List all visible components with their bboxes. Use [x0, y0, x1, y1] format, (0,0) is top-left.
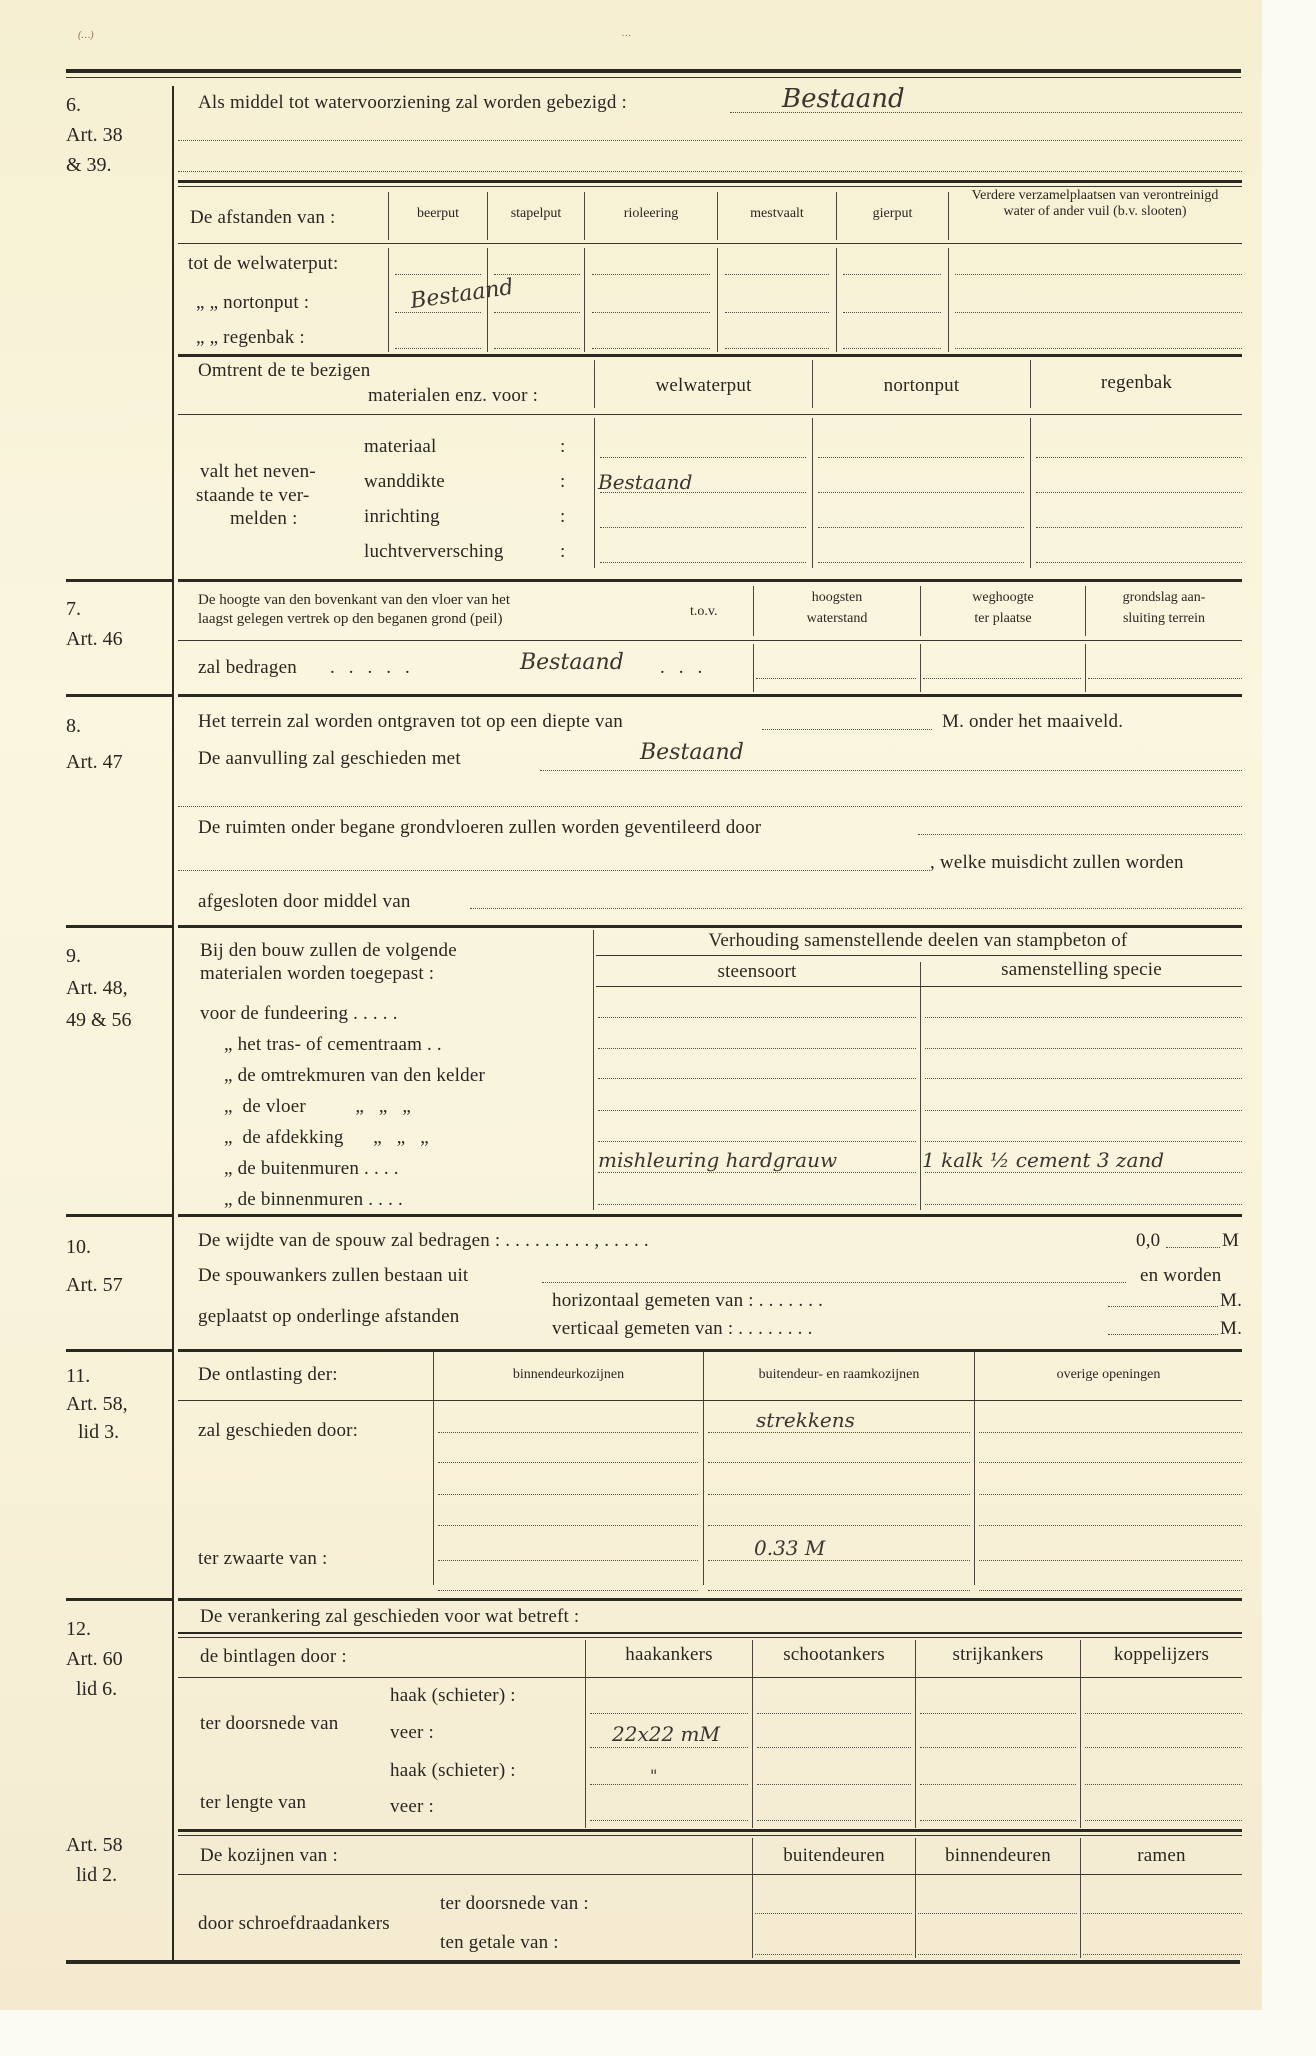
amount-value: Bestaand: [520, 650, 624, 675]
field-steensoort-5[interactable]: [598, 1141, 916, 1142]
water-supply-value: Bestaand: [782, 84, 905, 114]
section-10-margin: 10. Art. 57: [66, 1228, 123, 1304]
field-stapelput-regenbak[interactable]: [494, 348, 580, 349]
field-gierput-nortonput[interactable]: [843, 312, 941, 313]
header-rule: [178, 1677, 1242, 1678]
water-supply-field-3[interactable]: [178, 171, 1242, 172]
field-mestvaalt-welwaterput[interactable]: [725, 274, 829, 275]
material-row-buitenmuren: „ de buitenmuren . . . .: [224, 1158, 399, 1180]
discharge-by-value: strekkens: [756, 1408, 855, 1432]
field-veer-doorsnede-koppelijzers[interactable]: [1085, 1747, 1242, 1748]
col-divider: [948, 248, 949, 352]
col-weghoogte-1: weghoogte: [921, 590, 1085, 606]
field-haak-doorsnede-strijkankers[interactable]: [920, 1713, 1076, 1714]
header-rule: [178, 1400, 1242, 1401]
field-discharge-overige-3[interactable]: [979, 1494, 1242, 1495]
section-rule: [178, 1598, 1242, 1601]
colon: :: [560, 506, 565, 528]
field-mestvaalt-nortonput[interactable]: [725, 312, 829, 313]
row-luchtverversching: luchtverversching: [364, 541, 504, 563]
col-welwaterput: welwaterput: [595, 375, 812, 397]
col-strijkankers: strijkankers: [916, 1644, 1080, 1666]
col-divider: [1030, 418, 1031, 568]
material-row-vloer: „ de vloer „ „ „: [224, 1096, 411, 1118]
haak-label-lengte: haak (schieter) :: [390, 1760, 516, 1782]
top-rule: [66, 69, 1241, 73]
field-grondslag[interactable]: [1088, 678, 1242, 679]
col-divider: [920, 644, 921, 692]
excavation-unit: M. onder het maaiveld.: [942, 711, 1123, 733]
col-ramen: ramen: [1081, 1845, 1242, 1867]
ventilation-field-2[interactable]: [178, 870, 930, 871]
field-hoogsten-waterstand[interactable]: [756, 678, 916, 679]
buitenmuren-steensoort-value: mishleuring hardgrauw: [598, 1148, 837, 1172]
leader-dots: ...: [660, 657, 716, 679]
field-beerput-regenbak[interactable]: [395, 348, 481, 349]
section-12-margin: 12. Art. 60 lid 6.: [66, 1614, 123, 1704]
field-steensoort-3[interactable]: [598, 1078, 916, 1079]
lengte-label: ter lengte van: [200, 1792, 306, 1814]
col-divider: [948, 192, 949, 240]
margin-rule: [66, 1214, 172, 1217]
materials-header-2: materialen enz. voor :: [368, 385, 538, 407]
field-steensoort-2[interactable]: [598, 1048, 916, 1049]
col-divider: [585, 1640, 586, 1828]
haak-label-doorsnede: haak (schieter) :: [390, 1685, 516, 1707]
col-divider: [753, 644, 754, 692]
field-stapelput-nortonput[interactable]: [494, 312, 580, 313]
section-number: 8.: [66, 708, 123, 744]
colon: :: [560, 541, 565, 563]
excavation-label: Het terrein zal worden ontgraven tot op …: [198, 711, 623, 733]
field-doorsnede-buitendeuren[interactable]: [755, 1913, 912, 1914]
materials-side-label-3: melden :: [230, 508, 298, 530]
margin-rule: [66, 1349, 172, 1352]
article-ref: Art. 58,: [66, 1390, 128, 1418]
col-steensoort: steensoort: [594, 961, 920, 983]
col-divider: [974, 1352, 975, 1585]
field-discharge-overige-1[interactable]: [979, 1432, 1242, 1433]
cavity-anchors-suffix: en worden: [1140, 1265, 1221, 1287]
field-materiaal-nortonput[interactable]: [818, 457, 1024, 458]
article-ref: Art. 47: [66, 744, 123, 780]
materials-intro-1: Bij den bouw zullen de volgende: [200, 940, 457, 962]
field-doorsnede-ramen[interactable]: [1083, 1913, 1242, 1914]
kozijnen-label: De kozijnen van :: [200, 1845, 338, 1867]
discharge-by-label: zal geschieden door:: [198, 1420, 358, 1442]
field-lucht-welwaterput[interactable]: [600, 562, 806, 563]
material-row-cementraam: „ het tras- of cementraam . .: [224, 1034, 442, 1056]
materials-side-label-1: valt het neven-: [200, 461, 316, 483]
amount-label: zal bedragen: [198, 657, 297, 679]
vertical-unit: M.: [1220, 1318, 1242, 1340]
field-veer-lengte-schootankers[interactable]: [757, 1820, 911, 1821]
field-weight-binnendeur[interactable]: [438, 1560, 698, 1561]
field-inrichting-welwaterput[interactable]: [600, 527, 806, 528]
material-row-fundeering: voor de fundeering . . . . .: [200, 1003, 398, 1025]
field-beerput-nortonput[interactable]: [395, 312, 481, 313]
field-discharge-buitendeur-2[interactable]: [708, 1462, 970, 1463]
fill-label: De aanvulling zal geschieden met: [198, 748, 461, 770]
col-grondslag-1: grondslag aan-: [1086, 590, 1242, 606]
field-haak-lengte-schootankers[interactable]: [757, 1784, 911, 1785]
veer-doorsnede-value: 22x22 mM: [612, 1722, 720, 1746]
field-doorsnede-binnendeuren[interactable]: [918, 1913, 1077, 1914]
field-mestvaalt-regenbak[interactable]: [725, 348, 829, 349]
header-rule: [178, 243, 1242, 244]
horizontal-spacing-label: horizontaal gemeten van : . . . . . . .: [552, 1290, 823, 1312]
col-nortonput: nortonput: [813, 375, 1030, 397]
ventilation-label: De ruimten onder begane grondvloeren zul…: [198, 817, 761, 839]
col-overige-openingen: overige openingen: [975, 1367, 1242, 1383]
field-discharge-overige-4[interactable]: [979, 1525, 1242, 1526]
col-divider: [1080, 1640, 1081, 1828]
row-wanddikte: wanddikte: [364, 471, 445, 493]
section-number: 7.: [66, 594, 123, 624]
field-specie-5[interactable]: [925, 1141, 1242, 1142]
col-beerput: beerput: [389, 206, 487, 222]
field-specie-6[interactable]: [925, 1172, 1242, 1173]
header-rule: [596, 955, 1242, 956]
field-steensoort-4[interactable]: [598, 1110, 916, 1111]
section-rule: [178, 180, 1242, 183]
col-verdere-verzamelplaatsen: Verdere verzamelplaatsen van verontreini…: [960, 188, 1230, 220]
archive-stamp-left: (…): [78, 30, 94, 41]
margin-rule: [66, 694, 172, 697]
cavity-width-field[interactable]: [1166, 1247, 1220, 1248]
field-gierput-regenbak[interactable]: [843, 348, 941, 349]
col-binnendeuren: binnendeuren: [916, 1845, 1080, 1867]
section-rule-thin: [178, 186, 1242, 187]
field-veer-doorsnede-haakankers[interactable]: [590, 1747, 748, 1748]
col-divider: [433, 1352, 434, 1585]
col-schootankers: schootankers: [753, 1644, 915, 1666]
field-veer-doorsnede-schootankers[interactable]: [757, 1747, 911, 1748]
weight-value: 0.33 M: [754, 1536, 825, 1560]
vertical-spacing-field[interactable]: [1108, 1334, 1218, 1335]
buitenmuren-specie-value: 1 kalk ½ cement 3 zand: [922, 1148, 1164, 1172]
col-divider: [836, 248, 837, 352]
field-wanddikte-regenbak[interactable]: [1036, 492, 1242, 493]
field-verdere-nortonput[interactable]: [955, 312, 1242, 313]
material-row-omtrekmuren: „ de omtrekmuren van den kelder: [224, 1065, 485, 1087]
col-divider: [1085, 644, 1086, 692]
col-samenstelling-specie: samenstelling specie: [921, 959, 1242, 981]
header-rule: [178, 1874, 1242, 1875]
section-number: 6.: [66, 90, 123, 120]
veer-label-lengte: veer :: [390, 1796, 434, 1818]
field-lucht-nortonput[interactable]: [818, 562, 1024, 563]
fill-field-2[interactable]: [178, 806, 1242, 807]
field-getale-buitendeuren[interactable]: [755, 1954, 912, 1955]
col-haakankers: haakankers: [586, 1644, 752, 1666]
article-ref-2: 49 & 56: [66, 1004, 132, 1036]
section-number: 10.: [66, 1228, 123, 1266]
section-11-margin: 11. Art. 58, lid 3.: [66, 1362, 128, 1446]
field-lucht-regenbak[interactable]: [1036, 562, 1242, 563]
col-binnendeurkozijnen: binnendeurkozijnen: [434, 1367, 703, 1383]
getale-sub-label: ten getale van :: [440, 1932, 559, 1954]
discharge-label: De ontlasting der:: [198, 1364, 338, 1386]
field-discharge-binnendeur-3[interactable]: [438, 1494, 698, 1495]
section-rule-thin: [178, 1637, 1242, 1638]
material-row-binnenmuren: „ de binnenmuren . . . .: [224, 1189, 403, 1211]
col-hoogsten-1: hoogsten: [754, 590, 920, 606]
row-welwaterput: tot de welwaterput:: [188, 253, 338, 275]
field-steensoort-6[interactable]: [598, 1172, 916, 1173]
field-discharge-buitendeur-4[interactable]: [708, 1525, 970, 1526]
col-divider: [812, 418, 813, 568]
col-buitendeur-raamkozijnen: buitendeur- en raamkozijnen: [704, 1367, 974, 1383]
article-ref: Art. 57: [66, 1266, 123, 1304]
section-rule: [178, 925, 1242, 928]
field-inrichting-nortonput[interactable]: [818, 527, 1024, 528]
section-rule: [178, 1829, 1242, 1832]
anchoring-intro: De verankering zal geschieden voor wat b…: [200, 1606, 579, 1628]
field-discharge-binnendeur-1[interactable]: [438, 1432, 698, 1433]
field-steensoort-1[interactable]: [598, 1017, 916, 1018]
leader-dots: .....: [330, 657, 424, 679]
col-stapelput: stapelput: [488, 206, 584, 222]
margin-rule: [66, 925, 172, 928]
distances-label: De afstanden van :: [190, 207, 336, 229]
field-specie-3[interactable]: [925, 1078, 1242, 1079]
article-ref-2: lid 2.: [66, 1860, 123, 1890]
row-regenbak: „ „ regenbak :: [196, 327, 305, 349]
field-discharge-buitendeur-3[interactable]: [708, 1494, 970, 1495]
cavity-width-value: 0,0: [1136, 1230, 1160, 1252]
archive-stamp-center: …: [622, 28, 631, 39]
col-regenbak: regenbak: [1031, 372, 1242, 394]
section-9-margin: 9. Art. 48, 49 & 56: [66, 940, 132, 1036]
field-verdere-welwaterput[interactable]: [955, 274, 1242, 275]
field-haak-lengte-koppelijzers[interactable]: [1085, 1784, 1242, 1785]
cavity-anchors-field[interactable]: [542, 1282, 1126, 1283]
section-number: 12.: [66, 1614, 123, 1644]
col-koppelijzers: koppelijzers: [1081, 1644, 1242, 1666]
field-discharge-binnendeur-2[interactable]: [438, 1462, 698, 1463]
field-weight-buitendeur[interactable]: [708, 1560, 970, 1561]
field-discharge-binnendeur-4[interactable]: [438, 1525, 698, 1526]
margin-divider: [172, 86, 174, 1960]
water-supply-field-2[interactable]: [178, 140, 1242, 141]
section-6-margin: 6. Art. 38 & 39.: [66, 90, 123, 180]
col-divider: [388, 248, 389, 352]
section-rule-thin: [178, 1835, 1242, 1836]
materials-intro-2: materialen worden toegepast :: [200, 963, 434, 985]
colon: :: [560, 471, 565, 493]
article-ref-2: lid 3.: [66, 1418, 128, 1446]
section-rule: [178, 1349, 1242, 1352]
mouseproof-label: , welke muisdicht zullen worden: [930, 852, 1184, 874]
article-ref-2: lid 6.: [66, 1674, 123, 1704]
field-discharge-overige-2[interactable]: [979, 1462, 1242, 1463]
tov-label: t.o.v.: [690, 604, 717, 620]
excavation-depth-field[interactable]: [762, 729, 932, 730]
horizontal-unit: M.: [1220, 1290, 1242, 1312]
field-weight-buitendeur-2[interactable]: [708, 1590, 970, 1591]
col-divider: [915, 1640, 916, 1828]
section-8-margin: 8. Art. 47: [66, 708, 123, 780]
col-divider: [717, 248, 718, 352]
field-rioleering-nortonput[interactable]: [592, 312, 710, 313]
section-number: 9.: [66, 940, 132, 972]
field-rioleering-regenbak[interactable]: [592, 348, 710, 349]
field-haak-doorsnede-koppelijzers[interactable]: [1085, 1713, 1242, 1714]
field-weight-overige[interactable]: [979, 1560, 1242, 1561]
col-divider: [584, 248, 585, 352]
field-haak-doorsnede-schootankers[interactable]: [757, 1713, 911, 1714]
schroefdraadankers-label: door schroefdraadankers: [198, 1913, 390, 1935]
field-veer-lengte-koppelijzers[interactable]: [1085, 1820, 1242, 1821]
col-weghoogte-2: ter plaatse: [921, 611, 1085, 627]
field-discharge-buitendeur-1[interactable]: [708, 1432, 970, 1433]
spacing-label: geplaatst op onderlinge afstanden: [198, 1306, 459, 1328]
row-materiaal: materiaal: [364, 436, 436, 458]
bottom-rule: [66, 1960, 1240, 1964]
closure-field[interactable]: [470, 908, 1242, 909]
field-inrichting-regenbak[interactable]: [1036, 527, 1242, 528]
fill-value: Bestaand: [640, 740, 744, 765]
article-ref: Art. 46: [66, 624, 123, 654]
field-specie-7[interactable]: [925, 1204, 1242, 1205]
field-specie-2[interactable]: [925, 1048, 1242, 1049]
page-bottom-edge: [0, 2010, 1316, 2056]
vertical-spacing-label: verticaal gemeten van : . . . . . . . .: [552, 1318, 813, 1340]
col-gierput: gierput: [837, 206, 948, 222]
doorsnede-label: ter doorsnede van: [200, 1713, 338, 1735]
field-specie-4[interactable]: [925, 1110, 1242, 1111]
page-edge: [1262, 0, 1316, 2056]
col-divider: [920, 962, 921, 1210]
margin-rule: [66, 1598, 172, 1601]
field-materiaal-regenbak[interactable]: [1036, 457, 1242, 458]
section-number: 11.: [66, 1362, 128, 1390]
field-specie-1[interactable]: [925, 1017, 1242, 1018]
ventilation-field[interactable]: [918, 834, 1242, 835]
col-grondslag-2: sluiting terrein: [1086, 611, 1242, 627]
field-veer-lengte-strijkankers[interactable]: [920, 1820, 1076, 1821]
field-veer-doorsnede-strijkankers[interactable]: [920, 1747, 1076, 1748]
field-getale-ramen[interactable]: [1083, 1954, 1242, 1955]
cavity-anchors-label: De spouwankers zullen bestaan uit: [198, 1265, 468, 1287]
section-rule: [178, 354, 1242, 357]
section-rule: [178, 579, 1242, 582]
materials-side-label-2: staande te ver-: [196, 485, 309, 507]
field-getale-binnendeuren[interactable]: [918, 1954, 1077, 1955]
field-materiaal-welwaterput[interactable]: [600, 457, 806, 458]
field-weight-binnendeur-2[interactable]: [438, 1590, 698, 1591]
horizontal-spacing-field[interactable]: [1108, 1306, 1218, 1307]
article-ref-2: & 39.: [66, 150, 123, 180]
col-mestvaalt: mestvaalt: [718, 206, 836, 222]
section-rule: [178, 1632, 1242, 1634]
colon: :: [560, 436, 565, 458]
row-nortonput: „ „ nortonput :: [196, 292, 309, 314]
article-ref: Art. 48,: [66, 972, 132, 1004]
field-gierput-welwaterput[interactable]: [843, 274, 941, 275]
field-weight-overige-2[interactable]: [979, 1590, 1242, 1591]
field-beerput-welwaterput[interactable]: [395, 274, 481, 275]
doorsnede-sub-label: ter doorsnede van :: [440, 1893, 589, 1915]
col-buitendeuren: buitendeuren: [753, 1845, 915, 1867]
col-divider: [752, 1640, 753, 1828]
section-rule: [178, 1214, 1242, 1217]
weight-label: ter zwaarte van :: [198, 1548, 327, 1570]
header-rule: [596, 986, 1242, 987]
ratio-header: Verhouding samenstellende deelen van sta…: [594, 930, 1242, 952]
header-rule: [178, 414, 1242, 415]
col-hoogsten-2: waterstand: [754, 611, 920, 627]
field-haak-lengte-strijkankers[interactable]: [920, 1784, 1076, 1785]
article-ref: Art. 38: [66, 120, 123, 150]
col-rioleering: rioleering: [585, 206, 717, 222]
field-steensoort-7[interactable]: [598, 1204, 916, 1205]
material-row-afdekking: „ de afdekking „ „ „: [224, 1127, 429, 1149]
article-ref: Art. 58: [66, 1830, 123, 1860]
top-rule-thin: [66, 77, 1241, 78]
field-rioleering-welwaterput[interactable]: [592, 274, 710, 275]
veer-label-doorsnede: veer :: [390, 1722, 434, 1744]
header-rule: [178, 640, 1242, 641]
form-page: [0, 0, 1262, 2010]
height-question-1: De hoogte van den bovenkant van den vloe…: [198, 592, 510, 609]
cavity-width-label: De wijdte van de spouw zal bedragen : . …: [198, 1230, 649, 1252]
closure-label: afgesloten door middel van: [198, 891, 411, 913]
col-divider: [594, 418, 595, 568]
materials-header-1: Omtrent de te bezigen: [198, 360, 371, 382]
bintlagen-label: de bintlagen door :: [200, 1646, 347, 1668]
margin-rule: [66, 579, 172, 582]
row-inrichting: inrichting: [364, 506, 440, 528]
cavity-width-unit: M: [1222, 1230, 1239, 1252]
field-haak-doorsnede-haakankers[interactable]: [590, 1713, 748, 1714]
height-question-2: laagst gelegen vertrek op den beganen gr…: [198, 611, 502, 628]
water-supply-label: Als middel tot watervoorziening zal word…: [198, 92, 627, 114]
field-veer-lengte-haakankers[interactable]: [590, 1820, 748, 1821]
art58-margin: Art. 58 lid 2.: [66, 1830, 123, 1890]
field-haak-lengte-haakankers[interactable]: [590, 1784, 748, 1785]
article-ref: Art. 60: [66, 1644, 123, 1674]
haak-lengte-value: ": [650, 1766, 657, 1785]
materials-value: Bestaand: [598, 470, 692, 494]
field-wanddikte-nortonput[interactable]: [818, 492, 1024, 493]
section-7-margin: 7. Art. 46: [66, 594, 123, 654]
section-rule: [178, 694, 1242, 697]
col-divider: [703, 1352, 704, 1585]
field-verdere-regenbak[interactable]: [955, 348, 1242, 349]
fill-field[interactable]: [540, 770, 1242, 771]
field-weghoogte[interactable]: [923, 678, 1081, 679]
